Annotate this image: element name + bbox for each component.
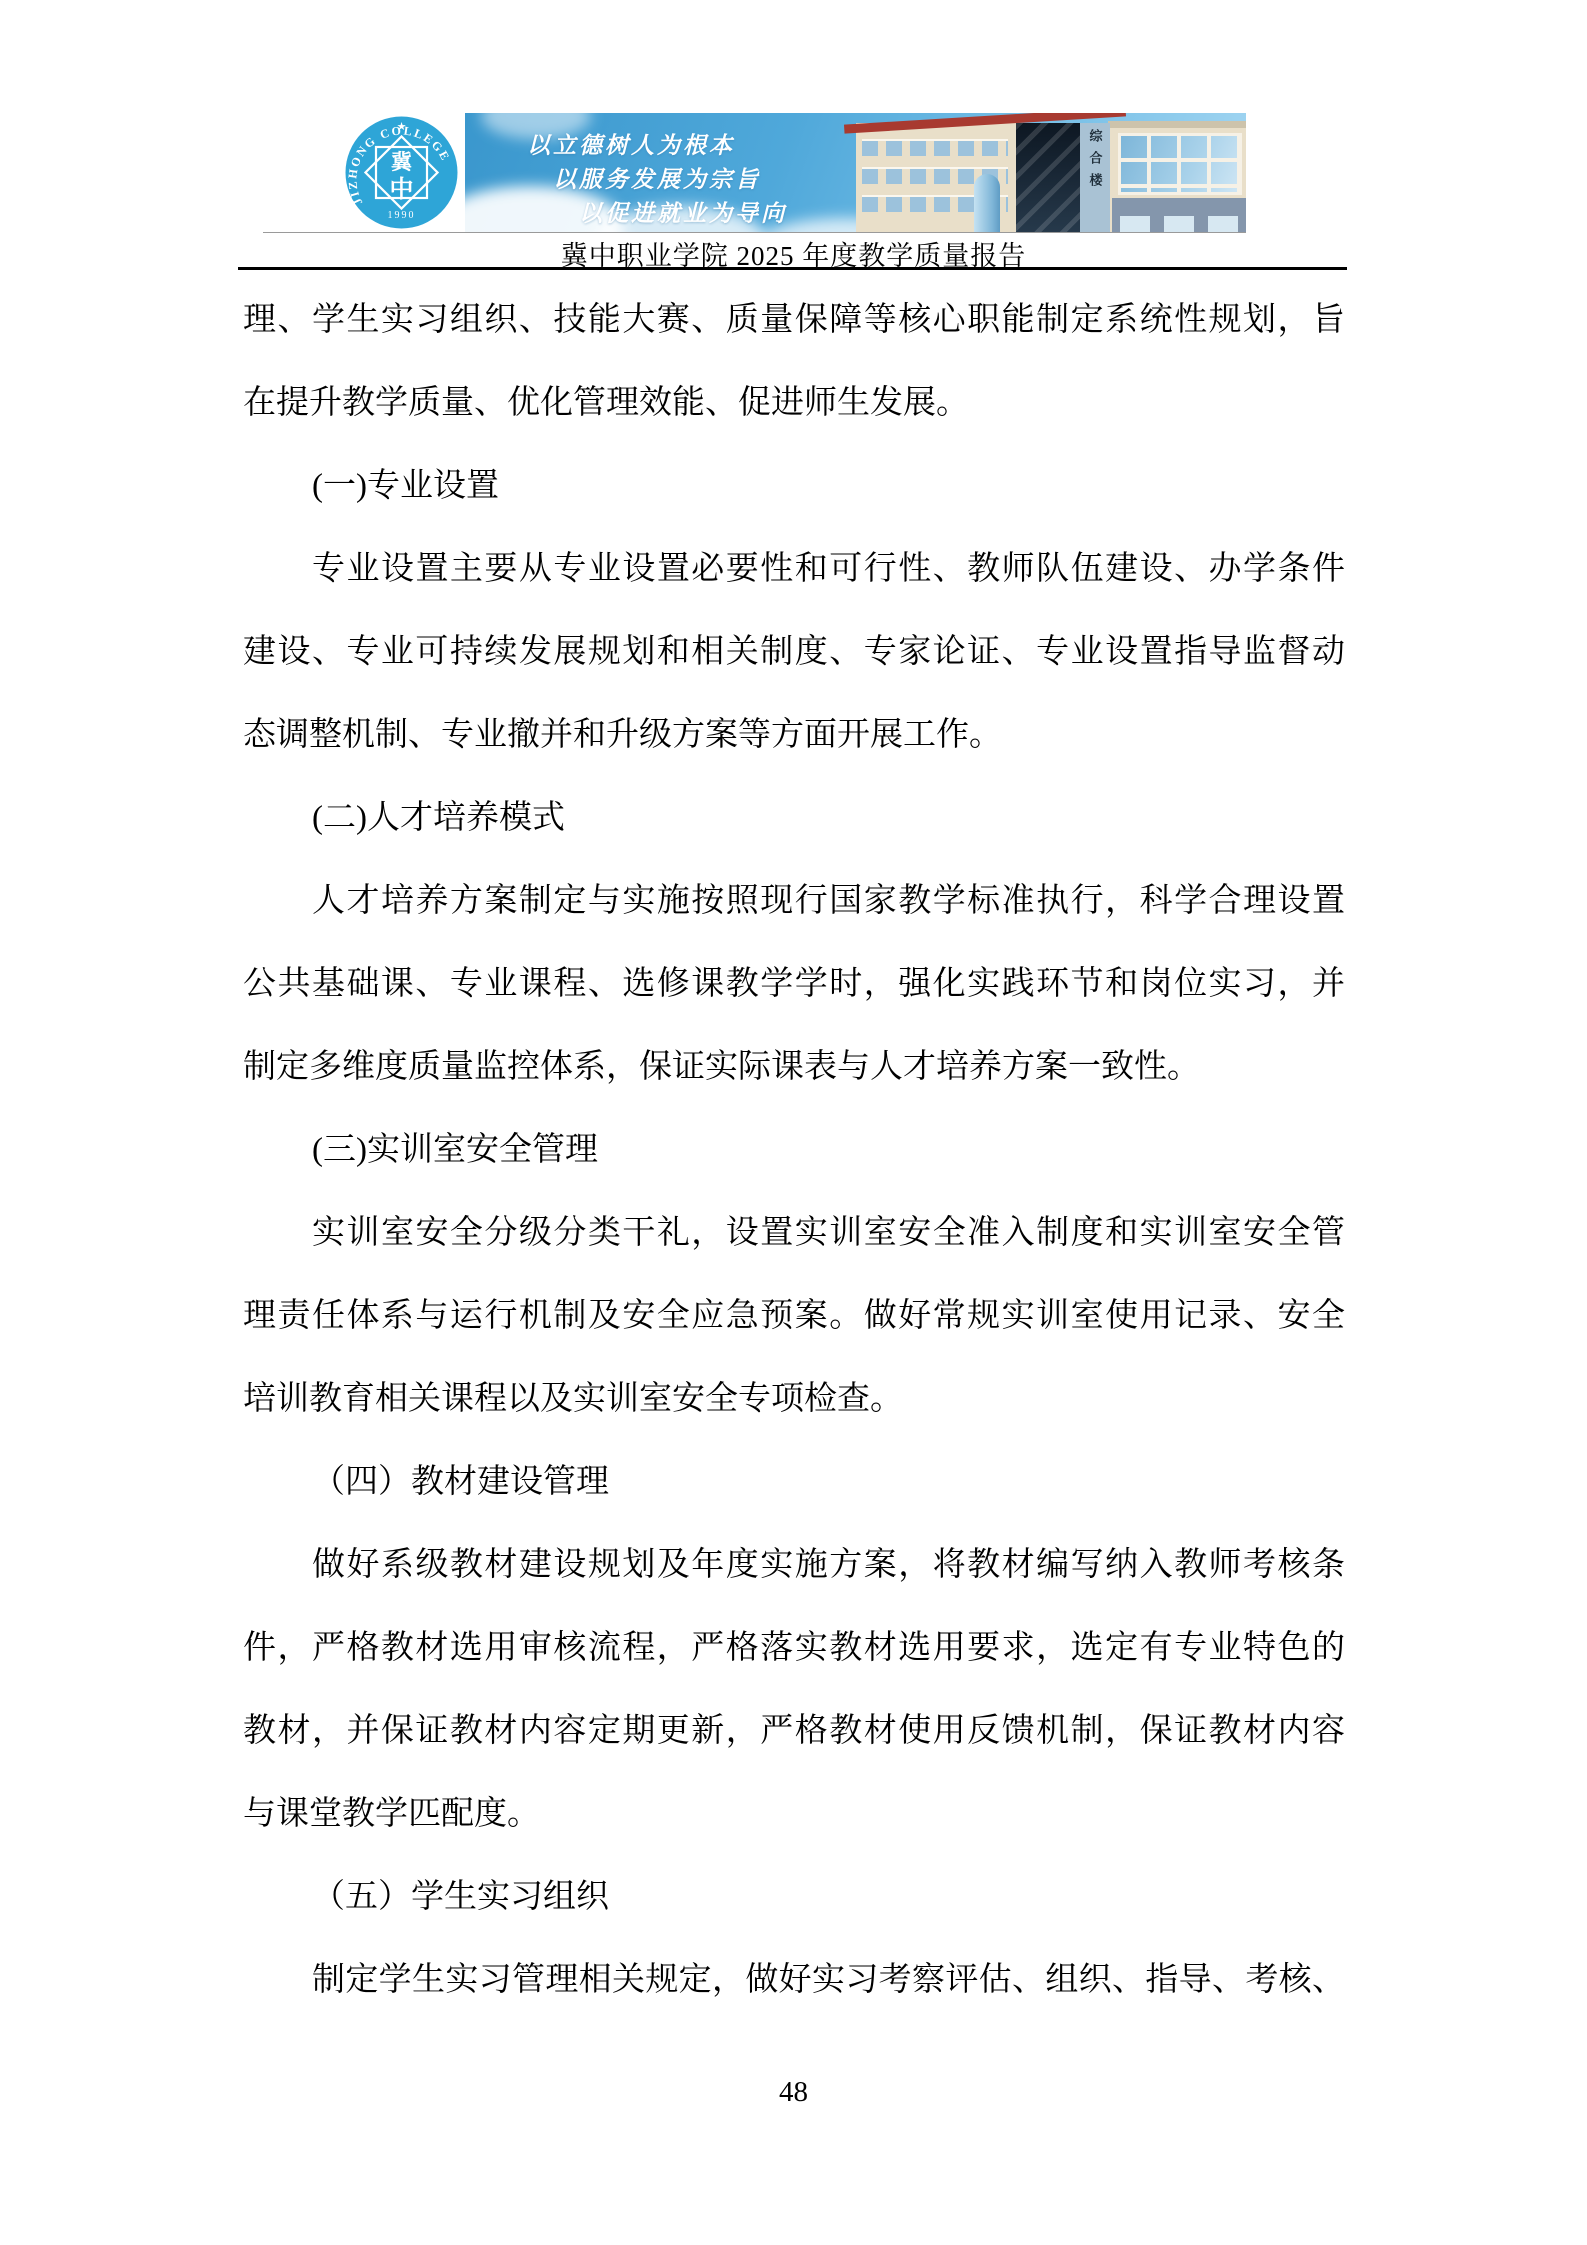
campus-photo: 以立德树人为根本 以服务发展为宗旨 以促进就业为导向 综合楼 <box>465 113 1246 232</box>
college-seal-logo-icon: JIZHONG COLLEGE ★ 冀 中 1990 <box>343 114 460 231</box>
header-divider-rule <box>238 267 1347 270</box>
text-line: 态调整机制、专业撤并和升级方案等方面开展工作。 <box>243 712 1345 795</box>
building-glass-wall <box>1016 123 1080 232</box>
text-line: （四）教材建设管理 <box>243 1459 1345 1542</box>
banner-slogan-2: 以服务发展为宗旨 <box>553 161 761 194</box>
text-line: (二)人才培养模式 <box>243 795 1345 878</box>
text-line: 实训室安全分级分类干礼，设置实训室安全准入制度和实训室安全管 <box>243 1210 1345 1293</box>
text-line: 培训教育相关课程以及实训室安全专项检查。 <box>243 1376 1345 1459</box>
building-sign-text: 综合楼 <box>1086 123 1105 232</box>
text-line: 理、学生实习组织、技能大赛、质量保障等核心职能制定系统性规划，旨 <box>243 297 1345 380</box>
text-line: 在提升教学质量、优化管理效能、促进师生发展。 <box>243 380 1345 463</box>
text-line: 与课堂教学匹配度。 <box>243 1791 1345 1874</box>
banner-slogan-1: 以立德树人为根本 <box>527 127 735 160</box>
text-line: 理责任体系与运行机制及安全应急预案。做好常规实训室使用记录、安全 <box>243 1293 1345 1376</box>
banner-slogan-3: 以促进就业为导向 <box>579 195 787 228</box>
campus-building-image: 综合楼 <box>856 113 1246 232</box>
text-line: (一)专业设置 <box>243 463 1345 546</box>
building-sign-column: 综合楼 <box>1080 123 1110 232</box>
building-large-windows <box>1118 133 1242 195</box>
text-line: (三)实训室安全管理 <box>243 1127 1345 1210</box>
page-number: 48 <box>0 2076 1587 2109</box>
document-page: JIZHONG COLLEGE ★ 冀 中 1990 以立德树人为根本 以服务发… <box>0 0 1587 2245</box>
header-banner: JIZHONG COLLEGE ★ 冀 中 1990 以立德树人为根本 以服务发… <box>263 113 1246 233</box>
body-text: 理、学生实习组织、技能大赛、质量保障等核心职能制定系统性规划，旨在提升教学质量、… <box>243 297 1345 2040</box>
logo-star-icon: ★ <box>397 121 407 133</box>
building-lower-wall <box>1112 198 1246 232</box>
text-line: 教材，并保证教材内容定期更新，严格教材使用反馈机制，保证教材内容 <box>243 1708 1345 1791</box>
text-line: （五）学生实习组织 <box>243 1874 1345 1957</box>
logo-char-top: 冀 <box>391 150 413 174</box>
logo-year: 1990 <box>388 210 416 221</box>
college-seal-svg: JIZHONG COLLEGE ★ 冀 中 1990 <box>343 114 460 231</box>
text-line: 件，严格教材选用审核流程，严格落实教材选用要求，选定有专业特色的 <box>243 1625 1345 1708</box>
building-window-row <box>862 139 1008 156</box>
text-line: 做好系级教材建设规划及年度实施方案，将教材编写纳入教师考核条 <box>243 1542 1345 1625</box>
building-cylinder-tower <box>974 174 1000 232</box>
text-line: 制定多维度质量监控体系，保证实际课表与人才培养方案一致性。 <box>243 1044 1345 1127</box>
text-line: 公共基础课、专业课程、选修课教学学时，强化实践环节和岗位实习，并 <box>243 961 1345 1044</box>
building-roof-edge <box>1108 121 1246 128</box>
text-line: 专业设置主要从专业设置必要性和可行性、教师队伍建设、办学条件 <box>243 546 1345 629</box>
logo-char-bottom: 中 <box>390 176 414 203</box>
text-line: 建设、专业可持续发展规划和相关制度、专家论证、专业设置指导监督动 <box>243 629 1345 712</box>
text-line: 制定学生实习管理相关规定，做好实习考察评估、组织、指导、考核、 <box>243 1957 1345 2040</box>
text-line: 人才培养方案制定与实施按照现行国家教学标准执行，科学合理设置 <box>243 878 1345 961</box>
